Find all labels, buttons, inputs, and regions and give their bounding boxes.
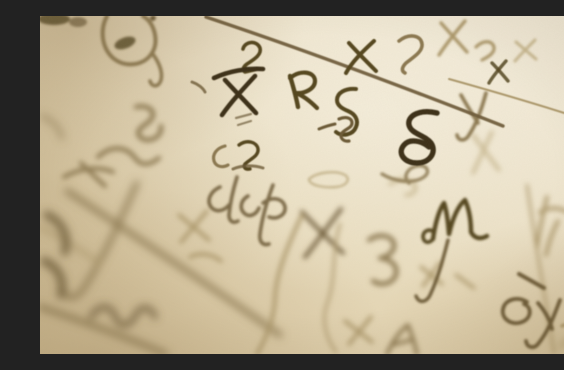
handwriting-macro-photo: Extreme close-up of faded handwritten se…	[40, 16, 564, 354]
photo-canvas	[40, 16, 564, 354]
vignette-overlay	[40, 16, 564, 354]
